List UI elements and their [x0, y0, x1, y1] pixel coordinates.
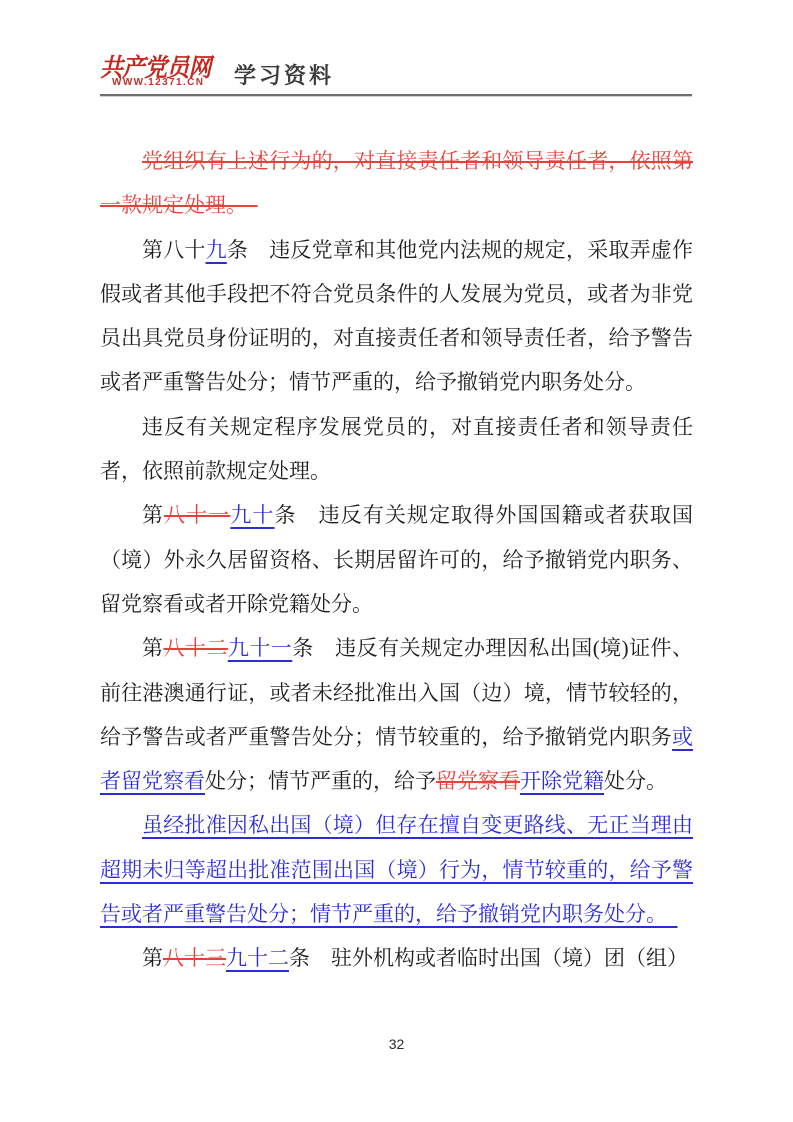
- site-logo: 共产党员网 WWW.12371.CN: [100, 46, 230, 92]
- text-run: 第: [142, 636, 163, 660]
- document-page: 共产党员网 WWW.12371.CN 学习资料 党组织有上述行为的，对直接责任者…: [0, 0, 793, 1122]
- inserted-text-run: 开除党籍: [520, 769, 604, 793]
- text-run: 第八十: [142, 238, 206, 262]
- page-header: 共产党员网 WWW.12371.CN 学习资料: [100, 46, 693, 92]
- text-run: 处分。: [604, 769, 667, 793]
- paragraph: 第八十三九十二条 驻外机构或者临时出国（境）团（组）: [100, 936, 693, 980]
- page-number: 32: [0, 1036, 793, 1052]
- header-divider: [100, 94, 692, 97]
- paragraph: 第八十二九十一条 违反有关规定办理因私出国(境)证件、前往港澳通行证，或者未经批…: [100, 626, 693, 803]
- logo-url-text: WWW.12371.CN: [112, 77, 204, 88]
- paragraph: 第八十九条 违反党章和其他党内法规的规定，采取弄虚作假或者其他手段把不符合党员条…: [100, 228, 693, 405]
- header-label: 学习资料: [234, 59, 334, 90]
- deleted-text-run: 八十一: [164, 503, 230, 527]
- text-run: 处分；情节严重的，给予: [205, 769, 436, 793]
- paragraph: 第八十一九十条 违反有关规定取得外国国籍或者获取国（境）外永久居留资格、长期居留…: [100, 493, 693, 626]
- deleted-text-run: 八十三: [163, 946, 226, 970]
- text-run: 第: [142, 946, 163, 970]
- inserted-text-run: 虽经批准因私出国（境）但存在擅自变更路线、无正当理由超期未归等超出批准范围出国（…: [100, 813, 693, 926]
- paragraph: 虽经批准因私出国（境）但存在擅自变更路线、无正当理由超期未归等超出批准范围出国（…: [100, 803, 693, 936]
- deleted-text-run: 党组织有上述行为的，对直接责任者和领导责任者，依照第一款规定处理。: [100, 149, 693, 217]
- text-run: 第: [142, 503, 164, 527]
- deleted-text-run: 留党察看: [436, 769, 520, 793]
- inserted-text-run: 九十: [230, 503, 274, 527]
- text-run: 违反有关规定程序发展党员的，对直接责任者和领导责任者，依照前款规定处理。: [100, 415, 693, 483]
- inserted-text-run: 九十一: [228, 636, 292, 660]
- inserted-text-run: 九十二: [226, 946, 289, 970]
- deleted-text-run: 八十二: [163, 636, 227, 660]
- document-body: 党组织有上述行为的，对直接责任者和领导责任者，依照第一款规定处理。 第八十九条 …: [100, 139, 693, 981]
- paragraph: 党组织有上述行为的，对直接责任者和领导责任者，依照第一款规定处理。: [100, 139, 693, 228]
- inserted-text-run: 九: [206, 238, 227, 262]
- paragraph: 违反有关规定程序发展党员的，对直接责任者和领导责任者，依照前款规定处理。: [100, 405, 693, 494]
- text-run: 条 驻外机构或者临时出国（境）团（组）: [289, 946, 688, 970]
